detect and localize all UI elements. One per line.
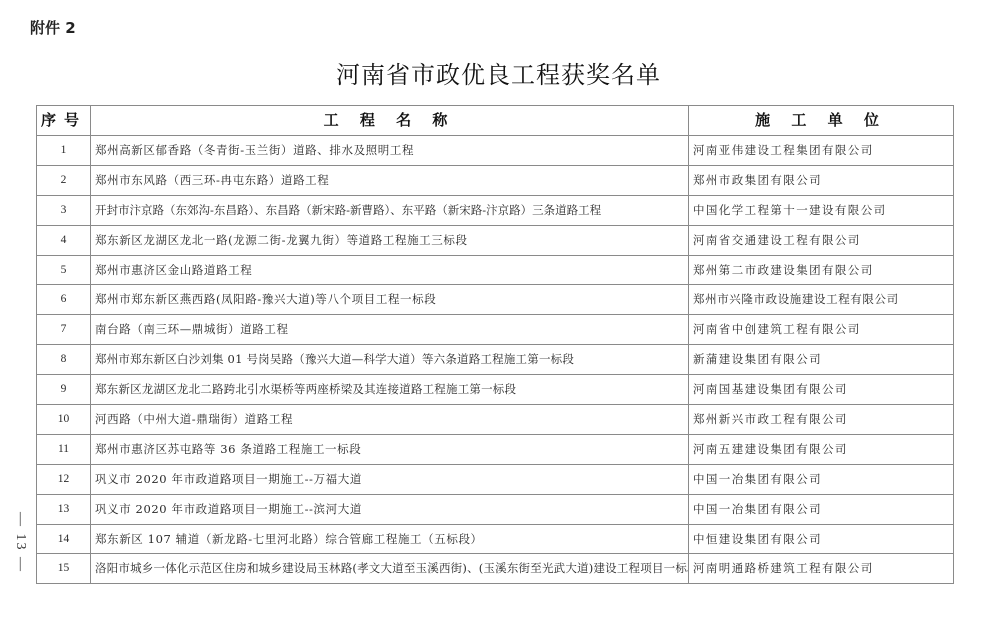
row-project-name: 开封市汴京路（东郊沟-东昌路）、东昌路（新宋路-新曹路）、东平路（新宋路-汴京路… <box>91 195 689 225</box>
table-row: 12巩义市 2020 年市政道路项目一期施工--万福大道中国一冶集团有限公司 <box>37 464 954 494</box>
document-title: 河南省市政优良工程获奖名单 <box>250 55 910 90</box>
table-header-row: 序号 工 程 名 称 施 工 单 位 <box>37 106 954 136</box>
row-contractor: 河南明通路桥建筑工程有限公司 <box>689 554 954 584</box>
row-no: 13 <box>37 494 91 524</box>
page-number: — 13 — <box>8 512 28 573</box>
row-project-name: 郑州高新区郁香路（冬青街-玉兰街）道路、排水及照明工程 <box>91 136 689 166</box>
row-contractor: 中国一冶集团有限公司 <box>689 494 954 524</box>
row-no: 1 <box>37 136 91 166</box>
table-row: 9郑东新区龙湖区龙北二路跨北引水渠桥等两座桥梁及其连接道路工程施工第一标段河南国… <box>37 375 954 405</box>
row-project-name: 郑州市郑东新区燕西路(凤阳路-豫兴大道)等八个项目工程一标段 <box>91 285 689 315</box>
row-project-name: 郑东新区 107 辅道（新龙路-七里河北路）综合管廊工程施工（五标段） <box>91 524 689 554</box>
table-row: 11郑州市惠济区苏屯路等 36 条道路工程施工一标段河南五建建设集团有限公司 <box>37 434 954 464</box>
row-contractor: 新蒲建设集团有限公司 <box>689 345 954 375</box>
row-project-name: 洛阳市城乡一体化示范区住房和城乡建设局玉林路(孝文大道至玉溪西街)、(玉溪东街至… <box>91 554 689 584</box>
row-no: 15 <box>37 554 91 584</box>
row-project-name: 郑州市惠济区金山路道路工程 <box>91 255 689 285</box>
header-contractor: 施 工 单 位 <box>689 106 954 136</box>
row-contractor: 河南亚伟建设工程集团有限公司 <box>689 136 954 166</box>
row-no: 4 <box>37 225 91 255</box>
header-project-name: 工 程 名 称 <box>91 106 689 136</box>
row-project-name: 巩义市 2020 年市政道路项目一期施工--万福大道 <box>91 464 689 494</box>
row-contractor: 郑州新兴市政工程有限公司 <box>689 405 954 435</box>
row-contractor: 河南五建建设集团有限公司 <box>689 434 954 464</box>
table-row: 4郑东新区龙湖区龙北一路(龙源二街-龙翼九街）等道路工程施工三标段河南省交通建设… <box>37 225 954 255</box>
row-contractor: 郑州市兴隆市政设施建设工程有限公司 <box>689 285 954 315</box>
row-no: 12 <box>37 464 91 494</box>
table-row: 7南台路（南三环—鼎城街）道路工程河南省中创建筑工程有限公司 <box>37 315 954 345</box>
row-contractor: 郑州市政集团有限公司 <box>689 165 954 195</box>
table-row: 6郑州市郑东新区燕西路(凤阳路-豫兴大道)等八个项目工程一标段郑州市兴隆市政设施… <box>37 285 954 315</box>
row-no: 6 <box>37 285 91 315</box>
row-project-name: 河西路（中州大道-鼎瑞街）道路工程 <box>91 405 689 435</box>
row-no: 14 <box>37 524 91 554</box>
awards-table: 序号 工 程 名 称 施 工 单 位 1郑州高新区郁香路（冬青街-玉兰街）道路、… <box>36 105 954 584</box>
row-project-name: 郑州市郑东新区白沙刘集 01 号岗吴路（豫兴大道—科学大道）等六条道路工程施工第… <box>91 345 689 375</box>
table-row: 5郑州市惠济区金山路道路工程郑州第二市政建设集团有限公司 <box>37 255 954 285</box>
row-no: 3 <box>37 195 91 225</box>
row-contractor: 河南省中创建筑工程有限公司 <box>689 315 954 345</box>
row-no: 10 <box>37 405 91 435</box>
row-contractor: 河南国基建设集团有限公司 <box>689 375 954 405</box>
row-project-name: 郑东新区龙湖区龙北二路跨北引水渠桥等两座桥梁及其连接道路工程施工第一标段 <box>91 375 689 405</box>
table-row: 1郑州高新区郁香路（冬青街-玉兰街）道路、排水及照明工程河南亚伟建设工程集团有限… <box>37 136 954 166</box>
table-row: 15洛阳市城乡一体化示范区住房和城乡建设局玉林路(孝文大道至玉溪西街)、(玉溪东… <box>37 554 954 584</box>
row-no: 7 <box>37 315 91 345</box>
table-row: 14郑东新区 107 辅道（新龙路-七里河北路）综合管廊工程施工（五标段）中恒建… <box>37 524 954 554</box>
row-contractor: 中恒建设集团有限公司 <box>689 524 954 554</box>
row-project-name: 郑州市惠济区苏屯路等 36 条道路工程施工一标段 <box>91 434 689 464</box>
row-no: 9 <box>37 375 91 405</box>
row-no: 11 <box>37 434 91 464</box>
row-no: 8 <box>37 345 91 375</box>
row-no: 5 <box>37 255 91 285</box>
header-no: 序号 <box>37 106 91 136</box>
row-project-name: 巩义市 2020 年市政道路项目一期施工--滨河大道 <box>91 494 689 524</box>
row-contractor: 河南省交通建设工程有限公司 <box>689 225 954 255</box>
row-contractor: 中国一冶集团有限公司 <box>689 464 954 494</box>
row-no: 2 <box>37 165 91 195</box>
row-contractor: 中国化学工程第十一建设有限公司 <box>689 195 954 225</box>
row-project-name: 南台路（南三环—鼎城街）道路工程 <box>91 315 689 345</box>
attachment-label: 附件 2 <box>30 17 76 38</box>
table-row: 10河西路（中州大道-鼎瑞街）道路工程郑州新兴市政工程有限公司 <box>37 405 954 435</box>
table-row: 2郑州市东风路（西三环-冉屯东路）道路工程郑州市政集团有限公司 <box>37 165 954 195</box>
row-contractor: 郑州第二市政建设集团有限公司 <box>689 255 954 285</box>
title-text: 河南省市政优良工程获奖名单 <box>336 55 661 90</box>
table-row: 13巩义市 2020 年市政道路项目一期施工--滨河大道中国一冶集团有限公司 <box>37 494 954 524</box>
row-project-name: 郑东新区龙湖区龙北一路(龙源二街-龙翼九街）等道路工程施工三标段 <box>91 225 689 255</box>
table-row: 8郑州市郑东新区白沙刘集 01 号岗吴路（豫兴大道—科学大道）等六条道路工程施工… <box>37 345 954 375</box>
row-project-name: 郑州市东风路（西三环-冉屯东路）道路工程 <box>91 165 689 195</box>
table-row: 3开封市汴京路（东郊沟-东昌路）、东昌路（新宋路-新曹路）、东平路（新宋路-汴京… <box>37 195 954 225</box>
